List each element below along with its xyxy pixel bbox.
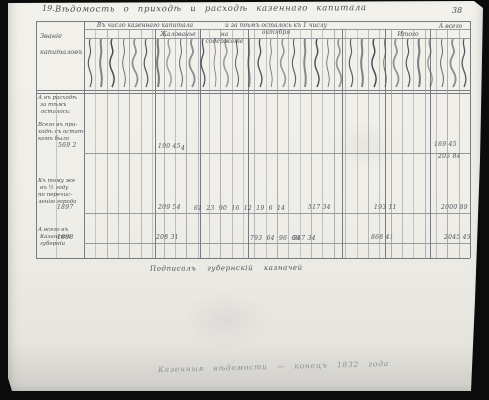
column-header-handwriting — [437, 39, 447, 89]
cell-value: 205 84 — [438, 153, 461, 160]
column-header-handwriting — [130, 39, 140, 89]
page-number-right: 38 — [452, 6, 462, 15]
cell-value: 547 34 — [293, 235, 316, 242]
column-header-handwriting — [369, 39, 379, 89]
column-header-handwriting — [266, 39, 276, 89]
row2-label-line: въ ½ году — [40, 185, 68, 192]
column-header-handwriting — [448, 39, 458, 89]
column-header-handwriting — [119, 39, 129, 89]
column-header-handwriting — [96, 39, 106, 89]
table-right-border — [470, 21, 471, 258]
table-left-border — [36, 21, 37, 258]
cell-value: 569 2 — [58, 142, 77, 149]
column-header-handwriting — [153, 39, 163, 89]
column-header-handwriting — [312, 39, 322, 89]
column-header-handwriting — [255, 39, 265, 89]
cell-value: 190 45 — [158, 143, 181, 150]
column-header-handwriting — [107, 39, 117, 89]
header-bottom-rule-1 — [36, 90, 470, 91]
cell-value: 4 — [181, 145, 185, 152]
column-header-handwriting — [85, 39, 95, 89]
row2-label-line: Къ тому же — [38, 178, 75, 185]
page-title: Вѣдомость о приходѣ и расходѣ казеннаго … — [55, 3, 355, 15]
table-stage: 19. 38 Вѣдомость о приходѣ и расходѣ каз… — [0, 0, 489, 400]
column-header-handwriting — [221, 39, 231, 89]
cell-value: 1897 — [57, 204, 73, 211]
row1-label-line: Всего въ при- — [38, 122, 77, 129]
column-header-handwriting — [244, 39, 254, 89]
cell-value: 169 45 — [434, 141, 457, 148]
column-header-handwriting — [334, 39, 344, 89]
column-header-handwriting — [232, 39, 242, 89]
column-header-handwriting — [300, 39, 310, 89]
subheader-itogo: Итого — [386, 31, 430, 38]
column-header-handwriting — [323, 39, 333, 89]
stub-label-line2: капиталовъ — [40, 48, 82, 56]
cell-value-sequence: 61 23 90 16 12 19 6 14 — [194, 205, 285, 212]
column-header-handwriting — [164, 39, 174, 89]
cell-value: 2000 89 — [441, 204, 468, 211]
column-header-handwriting — [141, 39, 151, 89]
scanned-ledger-page: 19. 38 Вѣдомость о приходѣ и расходѣ каз… — [0, 0, 489, 400]
cell-value: 193 11 — [374, 204, 397, 211]
column-header-handwriting — [176, 39, 186, 89]
column-header-handwriting — [187, 39, 197, 89]
row2-label-line: по перечис- — [38, 192, 72, 199]
column-header-handwriting — [357, 39, 367, 89]
column-header-handwriting — [403, 39, 413, 89]
row1-label-line: за тѣмъ — [40, 102, 66, 109]
page-number-left: 19. — [42, 4, 55, 13]
column-header-handwriting — [346, 39, 356, 89]
row1-label-line: А въ расходѣ — [38, 95, 77, 102]
cell-value: 1898 — [57, 234, 73, 241]
cell-value: 209 54 — [158, 204, 181, 211]
column-header-handwriting — [414, 39, 424, 89]
group-header-right: А всего — [431, 23, 470, 30]
column-header-handwriting — [380, 39, 390, 89]
column-header-handwriting — [278, 39, 288, 89]
column-header-handwriting — [210, 39, 220, 89]
row3-label-line: губерніи — [40, 241, 65, 248]
row1-label-line: осталось: — [41, 109, 71, 116]
pencil-note: Казенныя вѣдомости — конецъ 1832 года — [158, 359, 393, 374]
header-bottom-rule-2 — [36, 93, 470, 94]
column-header-handwriting — [391, 39, 401, 89]
column-header-handwriting — [425, 39, 435, 89]
table-bottom-border — [36, 258, 470, 259]
column-header-handwriting — [289, 39, 299, 89]
column-header-handwriting — [459, 39, 469, 89]
group-header-left: Въ число казеннаго капитала — [86, 22, 204, 29]
signature-line: Подписалъ губернскій казначей — [150, 263, 370, 273]
stub-label-line1: Званіе — [40, 32, 62, 40]
row3-label-line: А всего въ — [38, 227, 68, 234]
column-header-handwriting — [198, 39, 208, 89]
row1-label-line: ходѣ съ остат- — [38, 129, 85, 136]
